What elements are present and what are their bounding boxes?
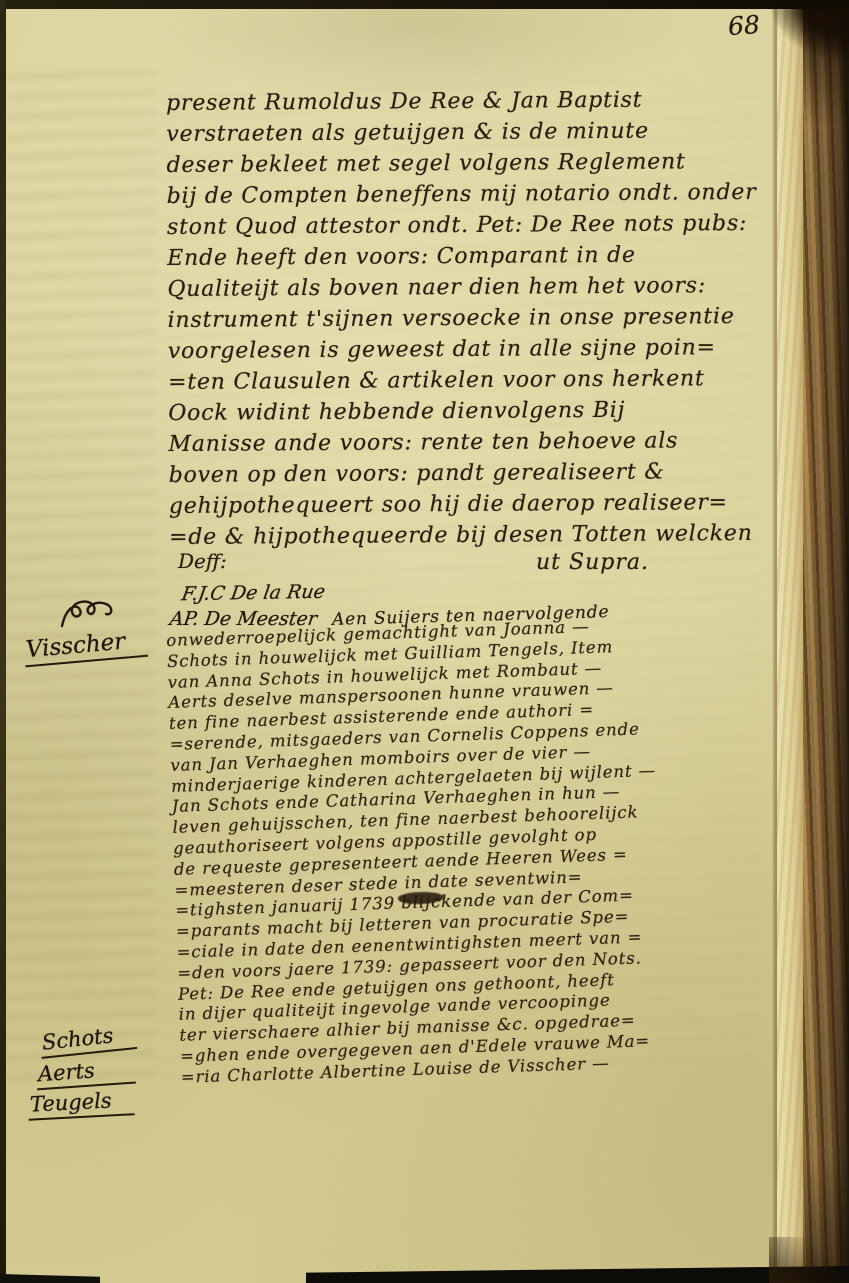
closing-abbreviation: Deff: (178, 549, 227, 573)
photo-edge-top (0, 0, 849, 9)
signature-delarue: F.J.C De la Rue (180, 581, 327, 605)
manuscript-line: stont Quod attestor ondt. Pet: De Ree no… (167, 208, 787, 243)
manuscript-line: present Rumoldus De Ree & Jan Baptist (166, 84, 786, 119)
manuscript-line: Manisse ande voors: rente ten behoeve al… (168, 425, 788, 460)
manuscript-line: =de & hijpothequeerde bij desen Totten w… (169, 518, 789, 553)
manuscript-line: Qualiteijt als boven naer dien hem het v… (167, 270, 787, 305)
manuscript-line: gehijpothequeert soo hij die daerop real… (169, 487, 789, 522)
book-fore-edge (803, 0, 849, 1283)
page-number: 68 (727, 10, 761, 41)
manuscript-line: voorgelesen is geweest dat in alle sijne… (168, 332, 788, 367)
manuscript-line: instrument t'sijnen versoecke in onse pr… (168, 301, 788, 336)
manuscript-line: verstraeten als getuijgen & is de minute (166, 115, 786, 150)
ut-supra-closing: ut Supra. (536, 550, 649, 575)
manuscript-line: deser bekleet met segel volgens Reglemen… (166, 146, 786, 181)
manuscript-line: bij de Compten beneffens mij notario ond… (167, 177, 787, 212)
dark-corner-bottom-right (769, 1237, 849, 1283)
manuscript-line: Ende heeft den voors: Comparant in de (167, 239, 787, 274)
paragraph-two: onwederroepelijck gemachtight van Joanna… (166, 610, 821, 1088)
manuscript-scan: 68 present Rumoldus De Ree & Jan Baptist… (0, 0, 849, 1283)
margin-note-teugels: Teugels (27, 1087, 134, 1120)
manuscript-line: boven op den voors: pandt gerealiseert & (169, 456, 789, 491)
manuscript-line: Oock widint hebbende dienvolgens Bij (168, 394, 788, 429)
manuscript-line: =ten Clausulen & artikelen voor ons herk… (168, 363, 788, 398)
photo-edge-left (0, 0, 6, 1283)
dark-corner-top-right (754, 0, 849, 80)
paragraph-one: present Rumoldus De Ree & Jan Baptist ve… (166, 84, 789, 553)
